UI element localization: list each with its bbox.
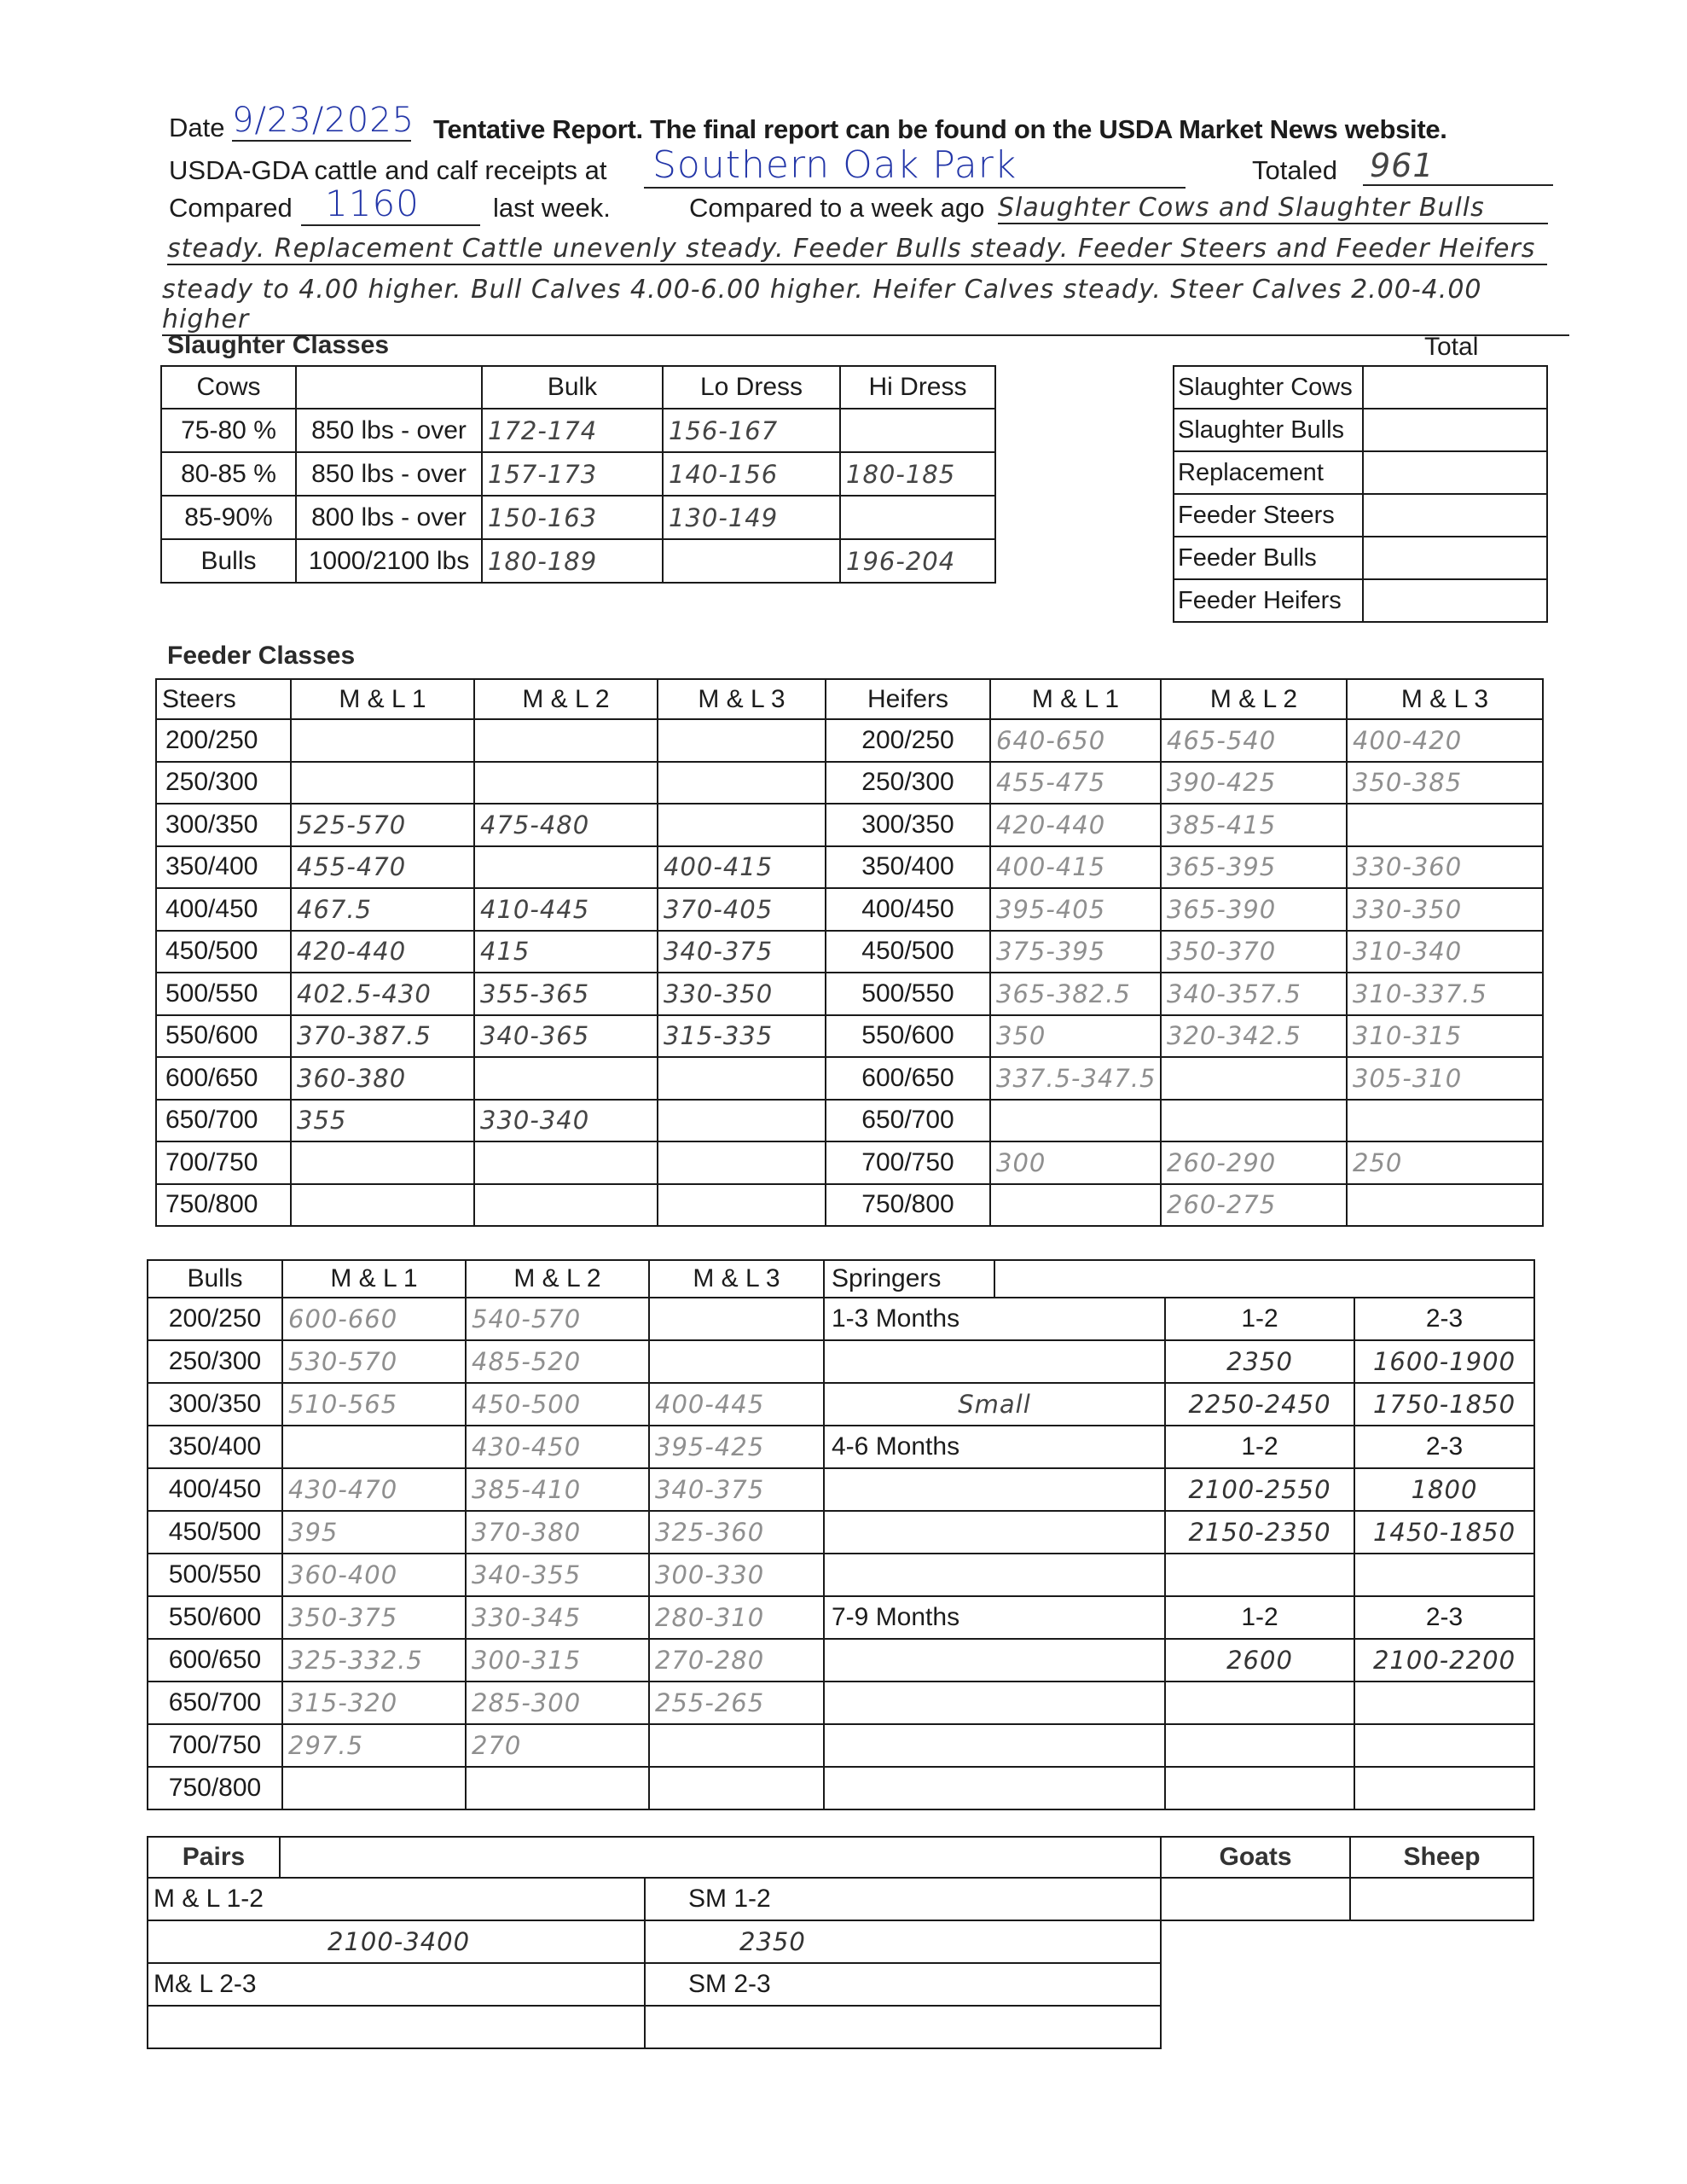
springers-grade-header: 2-3 xyxy=(1354,1596,1534,1639)
bulls-price-cell: 510-565 xyxy=(282,1383,466,1426)
pairs-sm23-value xyxy=(645,2006,1161,2048)
heifers-price-cell: 350-370 xyxy=(1161,931,1347,973)
table-row: 600/650325-332.5300-315270-28026002100-2… xyxy=(148,1639,1534,1682)
slaughter-price-cell: 130-149 xyxy=(663,496,840,539)
table-row: 350/400430-450395-4254-6 Months1-22-3 xyxy=(148,1426,1534,1468)
springers-price-cell: 1750-1850 xyxy=(1354,1383,1534,1426)
bulls-price-cell: 350-375 xyxy=(282,1596,466,1639)
steers-price-cell xyxy=(658,804,826,846)
sheep-value xyxy=(1350,1878,1533,1920)
springers-price-cell: 2250-2450 xyxy=(1165,1383,1354,1426)
slaughter-weight-label: 1000/2100 lbs xyxy=(296,539,482,583)
heifers-price-cell: 310-315 xyxy=(1347,1015,1543,1058)
totals-row-label: Slaughter Cows xyxy=(1174,366,1363,409)
heifers-weight-label: 700/750 xyxy=(826,1141,990,1184)
table-row: 400/450430-470385-410340-3752100-2550180… xyxy=(148,1468,1534,1511)
springers-note-cell xyxy=(824,1724,1165,1767)
heifers-price-cell: 330-350 xyxy=(1347,888,1543,931)
steers-weight-label: 350/400 xyxy=(156,846,291,889)
steers-header-cell: M & L 3 xyxy=(658,679,826,719)
feeder-classes-table: SteersM & L 1M & L 2M & L 3HeifersM & L … xyxy=(155,678,1544,1227)
springers-note-cell xyxy=(824,1340,1165,1383)
heifers-weight-label: 600/650 xyxy=(826,1057,990,1100)
heifers-price-cell xyxy=(1347,804,1543,846)
steers-weight-label: 250/300 xyxy=(156,762,291,804)
bulls-price-cell: 395 xyxy=(282,1511,466,1554)
slaughter-class-label: 80-85 % xyxy=(161,452,296,496)
steers-price-cell xyxy=(474,719,658,762)
table-row: 650/700355330-340650/700 xyxy=(156,1100,1543,1142)
steers-price-cell xyxy=(658,1184,826,1227)
slaughter-price-cell: 196-204 xyxy=(840,539,995,583)
table-row: Feeder Heifers xyxy=(1174,579,1547,622)
steers-price-cell xyxy=(474,762,658,804)
springers-note-cell xyxy=(824,1468,1165,1511)
slaughter-header-cell: Hi Dress xyxy=(840,366,995,409)
heifers-weight-label: 550/600 xyxy=(826,1015,990,1058)
pairs-ml23-label: M& L 2-3 xyxy=(148,1963,645,2006)
bulls-weight-label: 650/700 xyxy=(148,1682,282,1724)
bulls-weight-label: 250/300 xyxy=(148,1340,282,1383)
springers-price-cell xyxy=(1165,1724,1354,1767)
springers-header: Springers xyxy=(824,1260,994,1298)
heifers-weight-label: 300/350 xyxy=(826,804,990,846)
steers-price-cell xyxy=(474,1184,658,1227)
springers-price-cell: 2150-2350 xyxy=(1165,1511,1354,1554)
bulls-price-cell: 325-332.5 xyxy=(282,1639,466,1682)
sheep-header: Sheep xyxy=(1350,1837,1533,1878)
slaughter-class-label: 75-80 % xyxy=(161,409,296,452)
heifers-price-cell: 330-360 xyxy=(1347,846,1543,889)
springers-note-cell: Small xyxy=(824,1383,1165,1426)
steers-weight-label: 200/250 xyxy=(156,719,291,762)
table-row: CowsBulkLo DressHi Dress xyxy=(161,366,995,409)
steers-price-cell: 475-480 xyxy=(474,804,658,846)
springers-note-cell xyxy=(824,1511,1165,1554)
bulls-price-cell: 340-375 xyxy=(649,1468,824,1511)
heifers-price-cell xyxy=(1347,1184,1543,1227)
heifers-weight-label: 200/250 xyxy=(826,719,990,762)
springers-price-cell xyxy=(1165,1682,1354,1724)
table-row: Feeder Bulls xyxy=(1174,537,1547,579)
bulls-price-cell: 270-280 xyxy=(649,1639,824,1682)
bulls-price-cell xyxy=(649,1724,824,1767)
heifers-price-cell: 640-650 xyxy=(990,719,1161,762)
steers-price-cell: 330-340 xyxy=(474,1100,658,1142)
steers-header-cell: Steers xyxy=(156,679,291,719)
bulls-price-cell: 430-470 xyxy=(282,1468,466,1511)
springers-note-cell xyxy=(824,1554,1165,1596)
pairs-header: Pairs xyxy=(148,1837,280,1878)
table-row: BullsM & L 1M & L 2M & L 3Springers xyxy=(148,1260,1534,1298)
table-row: 550/600350-375330-345280-3107-9 Months1-… xyxy=(148,1596,1534,1639)
slaughter-header-cell: Bulk xyxy=(482,366,663,409)
slaughter-price-cell: 140-156 xyxy=(663,452,840,496)
bulls-header-cell: M & L 1 xyxy=(282,1260,466,1298)
heifers-price-cell xyxy=(1347,1100,1543,1142)
heifers-header-cell: Heifers xyxy=(826,679,990,719)
springers-price-cell xyxy=(1354,1724,1534,1767)
pairs-sm23-label: SM 2-3 xyxy=(645,1963,1161,2006)
steers-price-cell: 402.5-430 xyxy=(291,973,474,1015)
steers-price-cell xyxy=(291,1184,474,1227)
heifers-header-cell: M & L 2 xyxy=(1161,679,1347,719)
slaughter-header-cell xyxy=(296,366,482,409)
table-row: Feeder Steers xyxy=(1174,494,1547,537)
totals-row-value xyxy=(1363,494,1547,537)
steers-price-cell xyxy=(658,762,826,804)
springers-age-label: 1-3 Months xyxy=(824,1298,1165,1340)
totals-row-label: Slaughter Bulls xyxy=(1174,409,1363,451)
table-row: 80-85 %850 lbs - over157-173140-156180-1… xyxy=(161,452,995,496)
heifers-price-cell: 260-275 xyxy=(1161,1184,1347,1227)
steers-price-cell: 400-415 xyxy=(658,846,826,889)
bulls-price-cell xyxy=(282,1767,466,1809)
pairs-ml12-label: M & L 1-2 xyxy=(148,1878,645,1920)
pairs-sm12-label: SM 1-2 xyxy=(645,1878,1161,1920)
table-row: Bulls1000/2100 lbs180-189196-204 xyxy=(161,539,995,583)
slaughter-class-label: 85-90% xyxy=(161,496,296,539)
springers-grade-header: 1-2 xyxy=(1165,1426,1354,1468)
bulls-weight-label: 700/750 xyxy=(148,1724,282,1767)
slaughter-classes-table: CowsBulkLo DressHi Dress75-80 %850 lbs -… xyxy=(160,365,996,584)
heifers-price-cell: 365-382.5 xyxy=(990,973,1161,1015)
springers-age-label: 4-6 Months xyxy=(824,1426,1165,1468)
table-row: 300/350510-565450-500400-445Small2250-24… xyxy=(148,1383,1534,1426)
bulls-header-cell: Bulls xyxy=(148,1260,282,1298)
bulls-price-cell: 255-265 xyxy=(649,1682,824,1724)
steers-weight-label: 600/650 xyxy=(156,1057,291,1100)
table-row: 500/550360-400340-355300-330 xyxy=(148,1554,1534,1596)
bulls-price-cell: 270 xyxy=(466,1724,649,1767)
steers-price-cell: 370-387.5 xyxy=(291,1015,474,1058)
heifers-price-cell xyxy=(990,1100,1161,1142)
heifers-price-cell: 400-420 xyxy=(1347,719,1543,762)
steers-price-cell xyxy=(658,1100,826,1142)
table-row: 400/450467.5410-445370-405400/450395-405… xyxy=(156,888,1543,931)
pairs-goats-sheep-table: Pairs Goats Sheep M & L 1-2 SM 1-2 2100-… xyxy=(147,1836,1534,2049)
date-value: 9/23/2025 xyxy=(232,101,411,142)
heifers-price-cell: 400-415 xyxy=(990,846,1161,889)
slaughter-price-cell xyxy=(840,496,995,539)
springers-grade-header: 2-3 xyxy=(1354,1426,1534,1468)
springers-price-cell xyxy=(1354,1682,1534,1724)
bulls-price-cell: 300-315 xyxy=(466,1639,649,1682)
bulls-price-cell xyxy=(649,1340,824,1383)
slaughter-weight-label: 800 lbs - over xyxy=(296,496,482,539)
market-name: Southern Oak Park xyxy=(644,143,1186,189)
slaughter-price-cell: 180-189 xyxy=(482,539,663,583)
bulls-price-cell: 370-380 xyxy=(466,1511,649,1554)
table-row: 300/350525-570475-480300/350420-440385-4… xyxy=(156,804,1543,846)
bulls-weight-label: 550/600 xyxy=(148,1596,282,1639)
table-row: 500/550402.5-430355-365330-350500/550365… xyxy=(156,973,1543,1015)
slaughter-header-cell: Cows xyxy=(161,366,296,409)
table-row: 200/250200/250640-650465-540400-420 xyxy=(156,719,1543,762)
receipts-label: USDA-GDA cattle and calf receipts at xyxy=(169,155,606,186)
heifers-price-cell xyxy=(1161,1057,1347,1100)
slaughter-price-cell: 180-185 xyxy=(840,452,995,496)
heifers-price-cell: 465-540 xyxy=(1161,719,1347,762)
totals-row-value xyxy=(1363,451,1547,494)
bulls-weight-label: 750/800 xyxy=(148,1767,282,1809)
heifers-weight-label: 350/400 xyxy=(826,846,990,889)
bulls-weight-label: 300/350 xyxy=(148,1383,282,1426)
heifers-price-cell: 385-415 xyxy=(1161,804,1347,846)
table-row: SteersM & L 1M & L 2M & L 3HeifersM & L … xyxy=(156,679,1543,719)
table-row: 700/750700/750300260-290250 xyxy=(156,1141,1543,1184)
totaled-value: 961 xyxy=(1363,147,1553,186)
bulls-header-cell: M & L 3 xyxy=(649,1260,824,1298)
bulls-price-cell: 340-355 xyxy=(466,1554,649,1596)
table-row: 250/300250/300455-475390-425350-385 xyxy=(156,762,1543,804)
table-row: 600/650360-380600/650337.5-347.5305-310 xyxy=(156,1057,1543,1100)
market-comment-line-1: Slaughter Cows and Slaughter Bulls xyxy=(998,193,1548,224)
totals-row-value xyxy=(1363,537,1547,579)
steers-price-cell xyxy=(474,1057,658,1100)
steers-price-cell: 340-365 xyxy=(474,1015,658,1058)
steers-price-cell: 420-440 xyxy=(291,931,474,973)
steers-price-cell: 360-380 xyxy=(291,1057,474,1100)
table-row: Replacement xyxy=(1174,451,1547,494)
bulls-price-cell xyxy=(649,1767,824,1809)
steers-price-cell: 355 xyxy=(291,1100,474,1142)
bulls-header-cell: M & L 2 xyxy=(466,1260,649,1298)
slaughter-price-cell: 150-163 xyxy=(482,496,663,539)
pairs-ml12-value: 2100-3400 xyxy=(148,1920,645,1963)
steers-price-cell: 355-365 xyxy=(474,973,658,1015)
heifers-weight-label: 450/500 xyxy=(826,931,990,973)
last-week-label: last week. xyxy=(493,193,611,224)
tentative-notice: Tentative Report. The final report can b… xyxy=(433,114,1447,145)
springers-price-cell: 1800 xyxy=(1354,1468,1534,1511)
bulls-price-cell: 530-570 xyxy=(282,1340,466,1383)
compared-week-ago-label: Compared to a week ago xyxy=(689,193,984,224)
heifers-price-cell: 350 xyxy=(990,1015,1161,1058)
steers-weight-label: 750/800 xyxy=(156,1184,291,1227)
heifers-price-cell: 310-340 xyxy=(1347,931,1543,973)
slaughter-price-cell: 157-173 xyxy=(482,452,663,496)
steers-price-cell xyxy=(658,719,826,762)
totals-row-label: Feeder Bulls xyxy=(1174,537,1363,579)
heifers-weight-label: 500/550 xyxy=(826,973,990,1015)
steers-price-cell: 315-335 xyxy=(658,1015,826,1058)
heifers-price-cell: 365-395 xyxy=(1161,846,1347,889)
heifers-price-cell: 250 xyxy=(1347,1141,1543,1184)
heifers-header-cell: M & L 3 xyxy=(1347,679,1543,719)
bulls-weight-label: 350/400 xyxy=(148,1426,282,1468)
steers-header-cell: M & L 1 xyxy=(291,679,474,719)
compared-label: Compared xyxy=(169,193,293,224)
steers-price-cell: 525-570 xyxy=(291,804,474,846)
totaled-label: Totaled xyxy=(1252,155,1337,186)
steers-price-cell xyxy=(474,846,658,889)
bulls-price-cell: 280-310 xyxy=(649,1596,824,1639)
springers-note-cell xyxy=(824,1639,1165,1682)
totals-row-value xyxy=(1363,579,1547,622)
steers-weight-label: 500/550 xyxy=(156,973,291,1015)
compared-value: 1160 xyxy=(301,183,480,226)
springers-grade-header: 2-3 xyxy=(1354,1298,1534,1340)
table-row: 550/600370-387.5340-365315-335550/600350… xyxy=(156,1015,1543,1058)
springers-price-cell xyxy=(1165,1767,1354,1809)
market-comment-line-2: steady. Replacement Cattle unevenly stea… xyxy=(167,234,1547,265)
goats-header: Goats xyxy=(1161,1837,1350,1878)
steers-price-cell: 330-350 xyxy=(658,973,826,1015)
table-row: 75-80 %850 lbs - over172-174156-167 xyxy=(161,409,995,452)
springers-price-cell xyxy=(1165,1554,1354,1596)
springers-grade-header: 1-2 xyxy=(1165,1298,1354,1340)
table-row: 750/800 xyxy=(148,1767,1534,1809)
springers-note-cell xyxy=(824,1767,1165,1809)
bulls-price-cell xyxy=(466,1767,649,1809)
slaughter-price-cell xyxy=(840,409,995,452)
totals-row-value xyxy=(1363,366,1547,409)
bulls-price-cell: 600-660 xyxy=(282,1298,466,1340)
bulls-price-cell: 400-445 xyxy=(649,1383,824,1426)
goats-value xyxy=(1161,1878,1350,1920)
bulls-price-cell: 297.5 xyxy=(282,1724,466,1767)
springers-price-cell xyxy=(1354,1554,1534,1596)
heifers-price-cell: 300 xyxy=(990,1141,1161,1184)
table-row: 85-90%800 lbs - over150-163130-149 xyxy=(161,496,995,539)
table-row: 350/400455-470400-415350/400400-415365-3… xyxy=(156,846,1543,889)
steers-weight-label: 700/750 xyxy=(156,1141,291,1184)
pairs-sm12-value: 2350 xyxy=(645,1920,1161,1963)
steers-weight-label: 650/700 xyxy=(156,1100,291,1142)
slaughter-classes-title: Slaughter Classes xyxy=(167,331,389,360)
pairs-ml23-value xyxy=(148,2006,645,2048)
heifers-price-cell: 365-390 xyxy=(1161,888,1347,931)
table-row: 250/300530-570485-52023501600-1900 xyxy=(148,1340,1534,1383)
steers-price-cell: 467.5 xyxy=(291,888,474,931)
heifers-price-cell: 390-425 xyxy=(1161,762,1347,804)
table-row: 750/800750/800260-275 xyxy=(156,1184,1543,1227)
totals-row-label: Replacement xyxy=(1174,451,1363,494)
bulls-price-cell: 315-320 xyxy=(282,1682,466,1724)
springers-price-cell: 2100-2550 xyxy=(1165,1468,1354,1511)
bulls-price-cell: 430-450 xyxy=(466,1426,649,1468)
slaughter-header-cell: Lo Dress xyxy=(663,366,840,409)
steers-price-cell: 340-375 xyxy=(658,931,826,973)
steers-header-cell: M & L 2 xyxy=(474,679,658,719)
totals-row-label: Feeder Steers xyxy=(1174,494,1363,537)
steers-price-cell: 410-445 xyxy=(474,888,658,931)
bulls-price-cell xyxy=(282,1426,466,1468)
bulls-price-cell: 330-345 xyxy=(466,1596,649,1639)
bulls-price-cell: 540-570 xyxy=(466,1298,649,1340)
bulls-weight-label: 500/550 xyxy=(148,1554,282,1596)
heifers-price-cell xyxy=(990,1184,1161,1227)
heifers-price-cell: 305-310 xyxy=(1347,1057,1543,1100)
springers-price-cell: 1450-1850 xyxy=(1354,1511,1534,1554)
bulls-price-cell: 300-330 xyxy=(649,1554,824,1596)
slaughter-class-label: Bulls xyxy=(161,539,296,583)
bulls-weight-label: 450/500 xyxy=(148,1511,282,1554)
blank-space xyxy=(1161,1920,1533,1963)
bulls-price-cell: 325-360 xyxy=(649,1511,824,1554)
steers-price-cell: 370-405 xyxy=(658,888,826,931)
steers-weight-label: 400/450 xyxy=(156,888,291,931)
steers-weight-label: 450/500 xyxy=(156,931,291,973)
steers-price-cell xyxy=(474,1141,658,1184)
heifers-weight-label: 250/300 xyxy=(826,762,990,804)
bulls-weight-label: 600/650 xyxy=(148,1639,282,1682)
totals-table: Slaughter CowsSlaughter BullsReplacement… xyxy=(1173,365,1548,623)
feeder-classes-title: Feeder Classes xyxy=(167,642,355,671)
slaughter-weight-label: 850 lbs - over xyxy=(296,409,482,452)
springers-price-cell: 1600-1900 xyxy=(1354,1340,1534,1383)
heifers-price-cell: 310-337.5 xyxy=(1347,973,1543,1015)
date-label: Date xyxy=(169,113,224,143)
heifers-price-cell: 320-342.5 xyxy=(1161,1015,1347,1058)
slaughter-price-cell: 172-174 xyxy=(482,409,663,452)
heifers-price-cell: 420-440 xyxy=(990,804,1161,846)
slaughter-weight-label: 850 lbs - over xyxy=(296,452,482,496)
market-comment-line-3: steady to 4.00 higher. Bull Calves 4.00-… xyxy=(162,275,1569,336)
heifers-price-cell: 395-405 xyxy=(990,888,1161,931)
slaughter-price-cell: 156-167 xyxy=(663,409,840,452)
table-row: 450/500420-440415340-375450/500375-39535… xyxy=(156,931,1543,973)
bulls-weight-label: 200/250 xyxy=(148,1298,282,1340)
table-row: 650/700315-320285-300255-265 xyxy=(148,1682,1534,1724)
totals-title: Total xyxy=(1424,333,1478,362)
bulls-weight-label: 400/450 xyxy=(148,1468,282,1511)
steers-price-cell xyxy=(658,1141,826,1184)
heifers-price-cell xyxy=(1161,1100,1347,1142)
pairs-header-blank xyxy=(280,1837,1161,1878)
table-row: Slaughter Cows xyxy=(1174,366,1547,409)
bulls-price-cell: 450-500 xyxy=(466,1383,649,1426)
springers-age-label: 7-9 Months xyxy=(824,1596,1165,1639)
bulls-price-cell xyxy=(649,1298,824,1340)
bulls-springers-table: BullsM & L 1M & L 2M & L 3Springers200/2… xyxy=(147,1259,1535,1810)
springers-price-cell xyxy=(1354,1767,1534,1809)
springers-price-cell: 2600 xyxy=(1165,1639,1354,1682)
steers-price-cell: 455-470 xyxy=(291,846,474,889)
steers-weight-label: 300/350 xyxy=(156,804,291,846)
slaughter-price-cell xyxy=(663,539,840,583)
heifers-weight-label: 400/450 xyxy=(826,888,990,931)
table-row: 700/750297.5270 xyxy=(148,1724,1534,1767)
table-row: 200/250600-660540-5701-3 Months1-22-3 xyxy=(148,1298,1534,1340)
table-row: 450/500395370-380325-3602150-23501450-18… xyxy=(148,1511,1534,1554)
heifers-price-cell: 340-357.5 xyxy=(1161,973,1347,1015)
heifers-price-cell: 337.5-347.5 xyxy=(990,1057,1161,1100)
bulls-price-cell: 485-520 xyxy=(466,1340,649,1383)
heifers-header-cell: M & L 1 xyxy=(990,679,1161,719)
steers-price-cell xyxy=(291,762,474,804)
totals-row-label: Feeder Heifers xyxy=(1174,579,1363,622)
steers-weight-label: 550/600 xyxy=(156,1015,291,1058)
bulls-price-cell: 395-425 xyxy=(649,1426,824,1468)
bulls-price-cell: 360-400 xyxy=(282,1554,466,1596)
blank-space xyxy=(1161,1963,1533,2006)
heifers-price-cell: 260-290 xyxy=(1161,1141,1347,1184)
springers-header-blank xyxy=(994,1260,1534,1298)
steers-price-cell xyxy=(291,719,474,762)
heifers-weight-label: 650/700 xyxy=(826,1100,990,1142)
table-row: Slaughter Bulls xyxy=(1174,409,1547,451)
blank-space xyxy=(1161,2006,1533,2048)
springers-grade-header: 1-2 xyxy=(1165,1596,1354,1639)
bulls-price-cell: 385-410 xyxy=(466,1468,649,1511)
springers-price-cell: 2350 xyxy=(1165,1340,1354,1383)
heifers-price-cell: 350-385 xyxy=(1347,762,1543,804)
heifers-weight-label: 750/800 xyxy=(826,1184,990,1227)
steers-price-cell xyxy=(658,1057,826,1100)
steers-price-cell: 415 xyxy=(474,931,658,973)
